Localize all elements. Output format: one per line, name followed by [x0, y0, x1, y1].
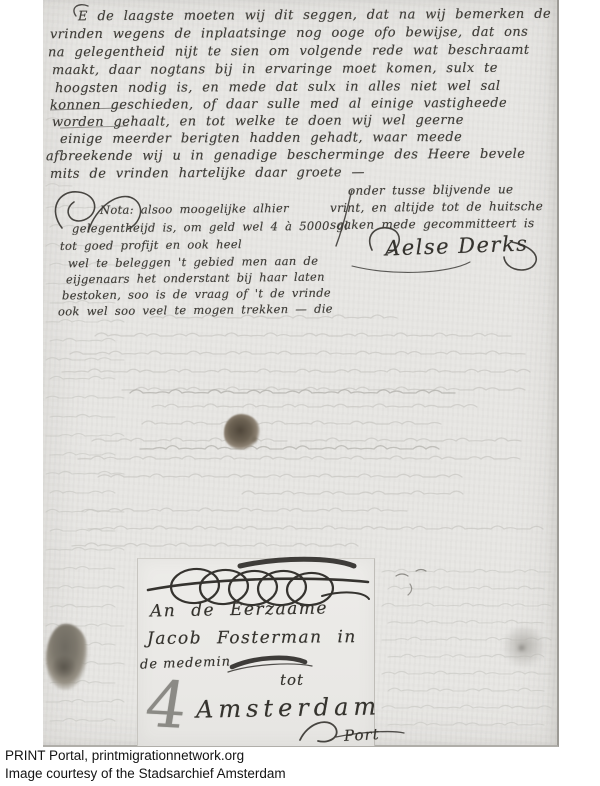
page: { "letter": { "body_lines": [ "E de laag…	[0, 0, 600, 786]
letter-line: maakt, daar nogtans bij in ervaringe moe…	[52, 61, 498, 78]
caption: PRINT Portal, printmigrationnetwork.org …	[5, 747, 286, 782]
letter-line: na gelegentheid nijt te sien om volgende…	[48, 43, 530, 61]
closing-line: saaken mede gecommitteert is	[330, 216, 535, 232]
address-line: Port	[344, 725, 381, 745]
letter-line: afbreekende wij u in genadige beschermin…	[46, 147, 525, 165]
nota-line: ook wel soo veel te mogen trekken — die	[58, 302, 333, 319]
letter-line: mits de vrinden hartelijke daar groete —	[50, 165, 365, 182]
signature: Aelse Derks	[385, 232, 529, 261]
interim-line: onder tusse blijvende ue	[348, 182, 514, 197]
caption-credit: Image courtesy of the Stadsarchief Amste…	[5, 765, 286, 783]
nota-line: eijgenaars het onderstant bij haar laten	[66, 270, 325, 287]
address-line: tot	[280, 671, 304, 689]
letter-line: vrinden wegens de inplaatsinge nog ooge …	[50, 25, 528, 43]
nota-line: gelegentheijd is, om geld wel 4 à 5000 g…	[72, 219, 348, 236]
letter-line: E de laagste moeten wij dit seggen, dat …	[78, 7, 551, 24]
nota-line: tot goed profijt en ook heel	[60, 237, 242, 253]
address-line: Jacob Fosterman in	[147, 627, 357, 649]
nota-line: bestoken, soo is de vraag of 't de vrind…	[62, 286, 331, 303]
address-line: An de Eerzaame	[150, 598, 328, 621]
letter-line: konnen geschieden, of daar sulle med al …	[50, 96, 507, 113]
letter-line: hoogsten nodig is, en mede dat sulx in a…	[55, 79, 501, 96]
nota-line: wel te beleggen 't gebied men aan de	[68, 254, 318, 271]
nota-line: Nota: alsoo moogelijke alhier	[100, 201, 289, 217]
caption-source: PRINT Portal, printmigrationnetwork.org	[5, 747, 286, 765]
address-line: Amsterdam	[196, 692, 382, 723]
letter-line: einige meerder berigten hadden gehadt, w…	[60, 130, 462, 147]
letter-line: worden gehaalt, en tot welke te doen wij…	[52, 113, 464, 130]
closing-line: vrint, en altijde tot de huitsche	[330, 199, 543, 215]
